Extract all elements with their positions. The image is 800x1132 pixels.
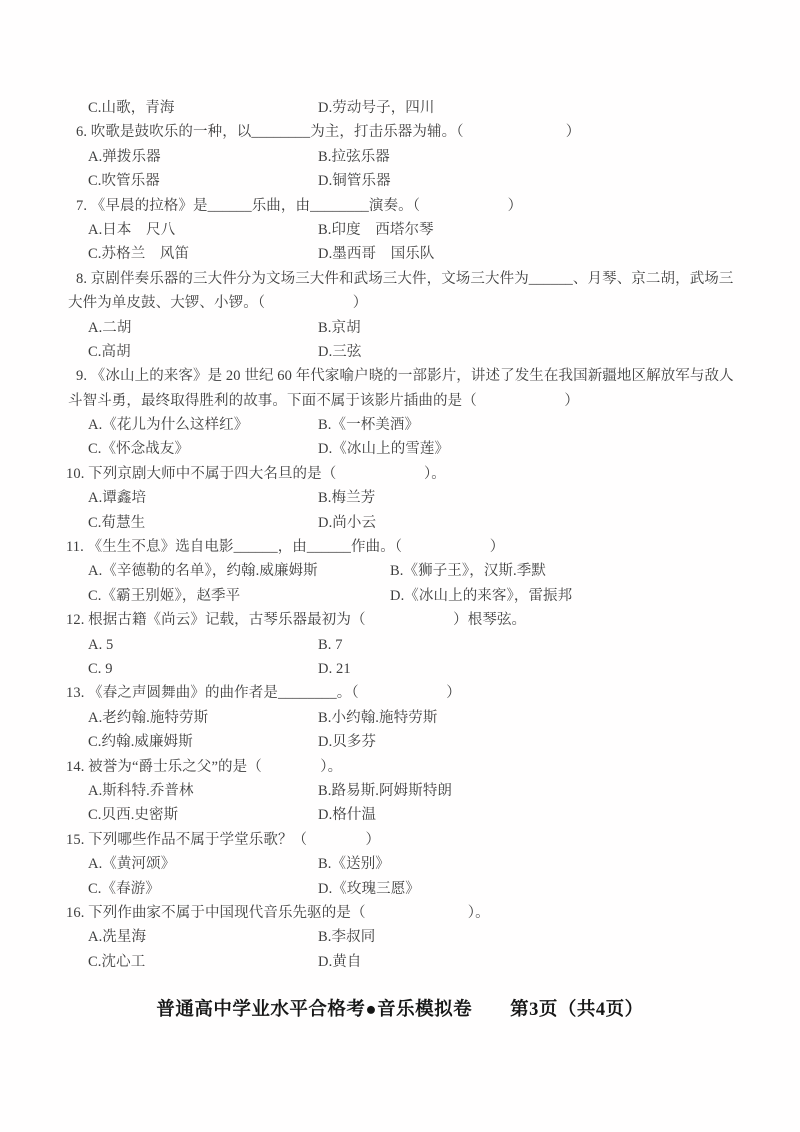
option-item: B.《送别》 (318, 852, 390, 876)
option-item: B.李叔同 (318, 925, 375, 949)
option-item: A.老约翰.施特劳斯 (88, 706, 318, 730)
option-item: D. 21 (318, 657, 351, 681)
option-item: D.墨西哥 国乐队 (318, 242, 435, 266)
option-item: C.山歌，青海 (88, 96, 318, 120)
question-text: 13. 《春之声圆舞曲》的曲作者是________。（ ） (66, 681, 786, 705)
question-text: 9. 《冰山上的来客》是 20 世纪 60 年代家喻户晓的一部影片，讲述了发生在… (66, 364, 786, 388)
option-row: A.老约翰.施特劳斯B.小约翰.施特劳斯 (66, 706, 786, 730)
option-row: A.弹拨乐器B.拉弦乐器 (66, 145, 786, 169)
option-item: D.劳动号子，四川 (318, 96, 435, 120)
option-item: C.沈心工 (88, 950, 318, 974)
option-row: C. 9D. 21 (66, 657, 786, 681)
option-row: A.谭鑫培B.梅兰芳 (66, 486, 786, 510)
option-item: B.梅兰芳 (318, 486, 375, 510)
option-item: C.《霸王别姬》，赵季平 (88, 584, 390, 608)
question-text: 8. 京剧伴奏乐器的三大件分为文场三大件和武场三大件，文场三大件为______、… (66, 267, 786, 291)
option-item: B.《狮子王》，汉斯.季默 (390, 559, 546, 583)
option-row: C.苏格兰 风笛D.墨西哥 国乐队 (66, 242, 786, 266)
option-row: C.荀慧生D.尚小云 (66, 511, 786, 535)
option-item: A.谭鑫培 (88, 486, 318, 510)
option-item: A.冼星海 (88, 925, 318, 949)
option-row: A.《辛德勒的名单》，约翰.威廉姆斯B.《狮子王》，汉斯.季默 (66, 559, 786, 583)
option-item: C.约翰.威廉姆斯 (88, 730, 318, 754)
option-row: C.吹管乐器D.铜管乐器 (66, 169, 786, 193)
question-text: 16. 下列作曲家不属于中国现代音乐先驱的是（ ）。 (66, 901, 786, 925)
option-row: C.《怀念战友》D.《冰山上的雪莲》 (66, 437, 786, 461)
option-item: C.贝西.史密斯 (88, 803, 318, 827)
option-item: A. 5 (88, 633, 318, 657)
option-item: D.《冰山上的雪莲》 (318, 437, 449, 461)
option-item: A.斯科特.乔普林 (88, 779, 318, 803)
question-text: 7. 《早晨的拉格》是______乐曲，由________演奏。（ ） (66, 194, 786, 218)
question-text: 11. 《生生不息》选自电影______，由______作曲。（ ） (66, 535, 786, 559)
option-item: B.小约翰.施特劳斯 (318, 706, 437, 730)
question-text: 15. 下列哪些作品不属于学堂乐歌？（ ） (66, 828, 786, 852)
option-row: C.贝西.史密斯D.格什温 (66, 803, 786, 827)
option-item: D.格什温 (318, 803, 376, 827)
footer-page-number: 第3页（共4页） (510, 995, 644, 1021)
option-row: A.日本 尺八B.印度 西塔尔琴 (66, 218, 786, 242)
option-item: D.贝多芬 (318, 730, 376, 754)
page-footer: 普通高中学业水平合格考●音乐模拟卷 第3页（共4页） (0, 995, 800, 1021)
option-row: C.山歌，青海D.劳动号子，四川 (66, 96, 786, 120)
option-row: C.《春游》D.《玫瑰三愿》 (66, 877, 786, 901)
option-item: A.《辛德勒的名单》，约翰.威廉姆斯 (88, 559, 390, 583)
option-row: C.沈心工D.黄自 (66, 950, 786, 974)
option-item: A.《花儿为什么这样红》 (88, 413, 318, 437)
option-row: C.高胡D.三弦 (66, 340, 786, 364)
option-item: C.《春游》 (88, 877, 318, 901)
option-item: D.三弦 (318, 340, 362, 364)
option-item: B.拉弦乐器 (318, 145, 390, 169)
exam-body: C.山歌，青海D.劳动号子，四川6. 吹歌是鼓吹乐的一种，以________为主… (66, 96, 786, 974)
option-row: C.约翰.威廉姆斯D.贝多芬 (66, 730, 786, 754)
exam-page: C.山歌，青海D.劳动号子，四川6. 吹歌是鼓吹乐的一种，以________为主… (0, 0, 800, 1132)
option-item: C. 9 (88, 657, 318, 681)
option-row: A.二胡B.京胡 (66, 316, 786, 340)
option-item: D.黄自 (318, 950, 362, 974)
footer-title: 普通高中学业水平合格考●音乐模拟卷 (156, 995, 472, 1021)
option-item: D.《冰山上的来客》，雷振邦 (390, 584, 572, 608)
question-text: 12. 根据古籍《尚云》记载，古琴乐器最初为（ ）根琴弦。 (66, 608, 786, 632)
question-continuation: 斗智斗勇，最终取得胜利的故事。下面不属于该影片插曲的是（ ） (66, 389, 786, 413)
question-text: 10. 下列京剧大师中不属于四大名旦的是（ ）。 (66, 462, 786, 486)
question-continuation: 大件为单皮鼓、大锣、小锣。（ ） (66, 291, 786, 315)
option-row: A.《黄河颂》B.《送别》 (66, 852, 786, 876)
option-item: B.京胡 (318, 316, 361, 340)
option-row: C.《霸王别姬》，赵季平D.《冰山上的来客》，雷振邦 (66, 584, 786, 608)
option-item: D.《玫瑰三愿》 (318, 877, 420, 901)
option-item: C.《怀念战友》 (88, 437, 318, 461)
option-item: C.高胡 (88, 340, 318, 364)
option-item: A.《黄河颂》 (88, 852, 318, 876)
option-item: A.日本 尺八 (88, 218, 318, 242)
option-row: A. 5B. 7 (66, 633, 786, 657)
option-item: D.尚小云 (318, 511, 376, 535)
question-text: 6. 吹歌是鼓吹乐的一种，以________为主，打击乐器为辅。（ ） (66, 120, 786, 144)
option-item: A.二胡 (88, 316, 318, 340)
option-item: C.荀慧生 (88, 511, 318, 535)
option-item: B.《一杯美酒》 (318, 413, 419, 437)
option-item: B. 7 (318, 633, 343, 657)
option-item: B.印度 西塔尔琴 (318, 218, 434, 242)
option-item: A.弹拨乐器 (88, 145, 318, 169)
option-row: A.《花儿为什么这样红》B.《一杯美酒》 (66, 413, 786, 437)
option-item: D.铜管乐器 (318, 169, 391, 193)
option-item: C.苏格兰 风笛 (88, 242, 318, 266)
option-item: C.吹管乐器 (88, 169, 318, 193)
question-text: 14. 被誉为“爵士乐之父”的是（ ）。 (66, 755, 786, 779)
option-item: B.路易斯.阿姆斯特朗 (318, 779, 452, 803)
option-row: A.斯科特.乔普林B.路易斯.阿姆斯特朗 (66, 779, 786, 803)
option-row: A.冼星海B.李叔同 (66, 925, 786, 949)
